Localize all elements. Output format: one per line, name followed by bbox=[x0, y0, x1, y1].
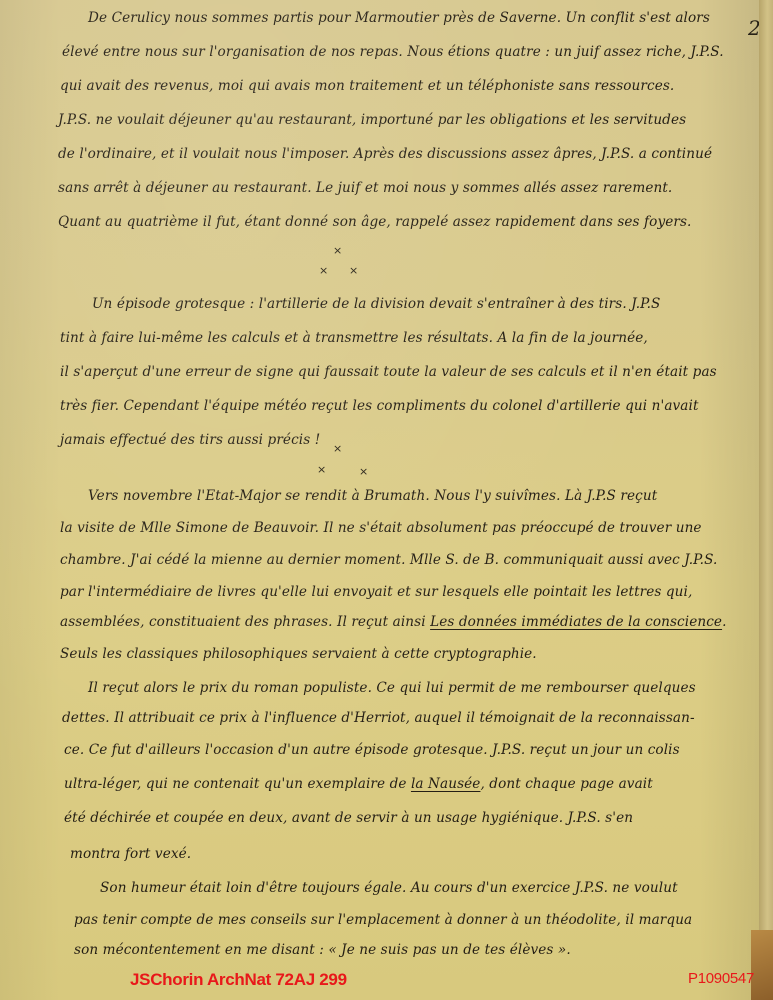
paragraph-5-line-2: pas tenir compte de mes conseils sur l'e… bbox=[74, 912, 692, 928]
paragraph-3-line-5: assemblées, constituaient des phrases. I… bbox=[60, 614, 726, 630]
paragraph-1-line-2: élevé entre nous sur l'organisation de n… bbox=[62, 44, 724, 60]
paragraph-2-line-3: il s'aperçut d'une erreur de signe qui f… bbox=[60, 364, 717, 380]
paragraph-4-line-6: montra fort vexé. bbox=[70, 846, 191, 862]
paragraph-5-line-3: son mécontentement en me disant : « Je n… bbox=[74, 942, 571, 958]
paragraph-1-line-7: Quant au quatrième il fut, étant donné s… bbox=[58, 214, 691, 230]
paragraph-3-line-5-text: assemblées, constituaient des phrases. I… bbox=[60, 614, 726, 630]
manuscript-page: 2 De Cerulicy nous sommes partis pour Ma… bbox=[0, 0, 760, 1000]
paragraph-3-line-4: par l'intermédiaire de livres qu'elle lu… bbox=[60, 584, 692, 600]
paragraph-3-line-3: chambre. J'ai cédé la mienne au dernier … bbox=[60, 552, 717, 568]
section-separator-mark: × bbox=[359, 465, 368, 478]
section-separator-mark: × bbox=[333, 442, 342, 455]
paragraph-2-line-2: tint à faire lui-même les calculs et à t… bbox=[60, 330, 648, 346]
paragraph-2-line-1: Un épisode grotesque : l'artillerie de l… bbox=[92, 296, 660, 312]
paragraph-4-line-4: ultra-léger, qui ne contenait qu'un exem… bbox=[64, 776, 653, 792]
paragraph-4-line-5: été déchirée et coupée en deux, avant de… bbox=[64, 810, 633, 826]
section-separator-mark: × bbox=[319, 264, 328, 277]
underlined-title: Les données immédiates de la conscience bbox=[430, 614, 722, 630]
paragraph-4-line-2: dettes. Il attribuait ce prix à l'influe… bbox=[62, 710, 695, 726]
paragraph-1-line-3: qui avait des revenus, moi qui avais mon… bbox=[60, 78, 674, 94]
archive-reference-caption: JSChorin ArchNat 72AJ 299 bbox=[130, 970, 347, 990]
paragraph-3-line-2: la visite de Mlle Simone de Beauvoir. Il… bbox=[60, 520, 702, 536]
paragraph-1-line-6: sans arrêt à déjeuner au restaurant. Le … bbox=[58, 180, 672, 196]
paragraph-4-line-3: ce. Ce fut d'ailleurs l'occasion d'un au… bbox=[64, 742, 680, 758]
book-binding-edge bbox=[759, 0, 773, 1000]
section-separator-mark: × bbox=[333, 244, 342, 257]
paragraph-2-line-4: très fier. Cependant l'équipe météo reçu… bbox=[60, 398, 699, 414]
section-separator-mark: × bbox=[317, 463, 326, 476]
paragraph-3-line-1: Vers novembre l'Etat-Major se rendit à B… bbox=[88, 488, 657, 504]
section-separator-mark: × bbox=[349, 264, 358, 277]
paragraph-1-line-1: De Cerulicy nous sommes partis pour Marm… bbox=[88, 10, 710, 26]
underlined-title: la Nausée bbox=[411, 776, 481, 792]
paragraph-4-line-4-text: ultra-léger, qui ne contenait qu'un exem… bbox=[64, 776, 653, 792]
paragraph-5-line-1: Son humeur était loin d'être toujours ég… bbox=[100, 880, 678, 896]
paragraph-1-line-5: de l'ordinaire, et il voulait nous l'imp… bbox=[58, 146, 712, 162]
wooden-table-corner bbox=[751, 930, 773, 1000]
paragraph-4-line-1: Il reçut alors le prix du roman populist… bbox=[88, 680, 696, 696]
photo-id-caption: P1090547 bbox=[688, 970, 754, 987]
paragraph-2-line-5: jamais effectué des tirs aussi précis ! bbox=[60, 432, 320, 448]
paragraph-1-line-4: J.P.S. ne voulait déjeuner qu'au restaur… bbox=[58, 112, 686, 128]
paragraph-3-line-6: Seuls les classiques philosophiques serv… bbox=[60, 646, 537, 662]
